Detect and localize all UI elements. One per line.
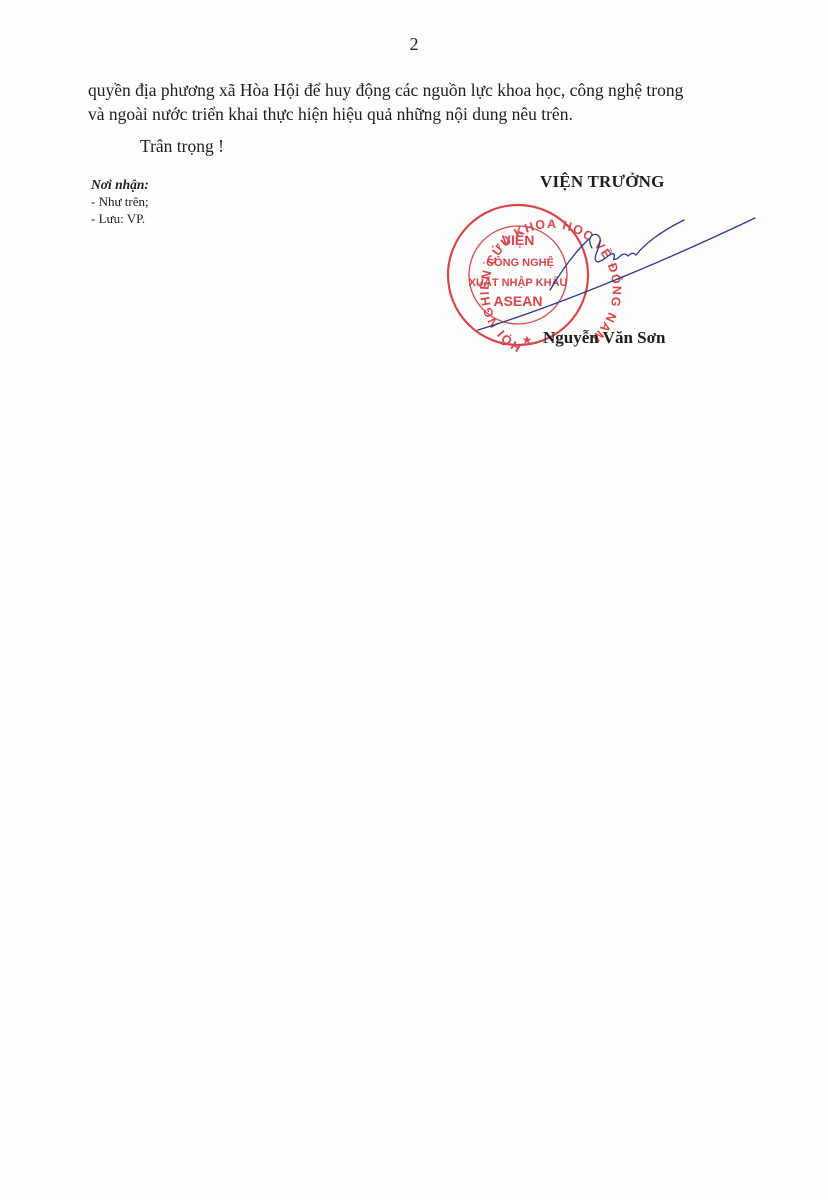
recipients-block: Nơi nhận: - Như trên; - Lưu: VP. [91, 176, 149, 227]
stamp-line: VIỆN [502, 231, 535, 248]
stamp-dot-icon: · [482, 258, 485, 269]
recipient-item: - Lưu: VP. [91, 210, 149, 227]
body-line: quyền địa phương xã Hòa Hội để huy động … [88, 78, 778, 102]
closing-text: Trân trọng ! [140, 136, 224, 157]
stamp-line: XUẤT NHẬP KHẨU [469, 276, 568, 289]
signer-name: Nguyễn Văn Sơn [543, 328, 665, 348]
recipients-title: Nơi nhận: [91, 176, 149, 193]
stamp-line: CÔNG NGHỆ [486, 256, 554, 269]
stamp-line: ASEAN [493, 293, 542, 309]
body-line: và ngoài nước triển khai thực hiện hiệu … [88, 102, 778, 126]
recipient-item: - Như trên; [91, 193, 149, 210]
body-text: quyền địa phương xã Hòa Hội để huy động … [88, 78, 778, 126]
stamp-star-icon: ★ [522, 333, 533, 347]
page-number: 2 [0, 34, 828, 55]
